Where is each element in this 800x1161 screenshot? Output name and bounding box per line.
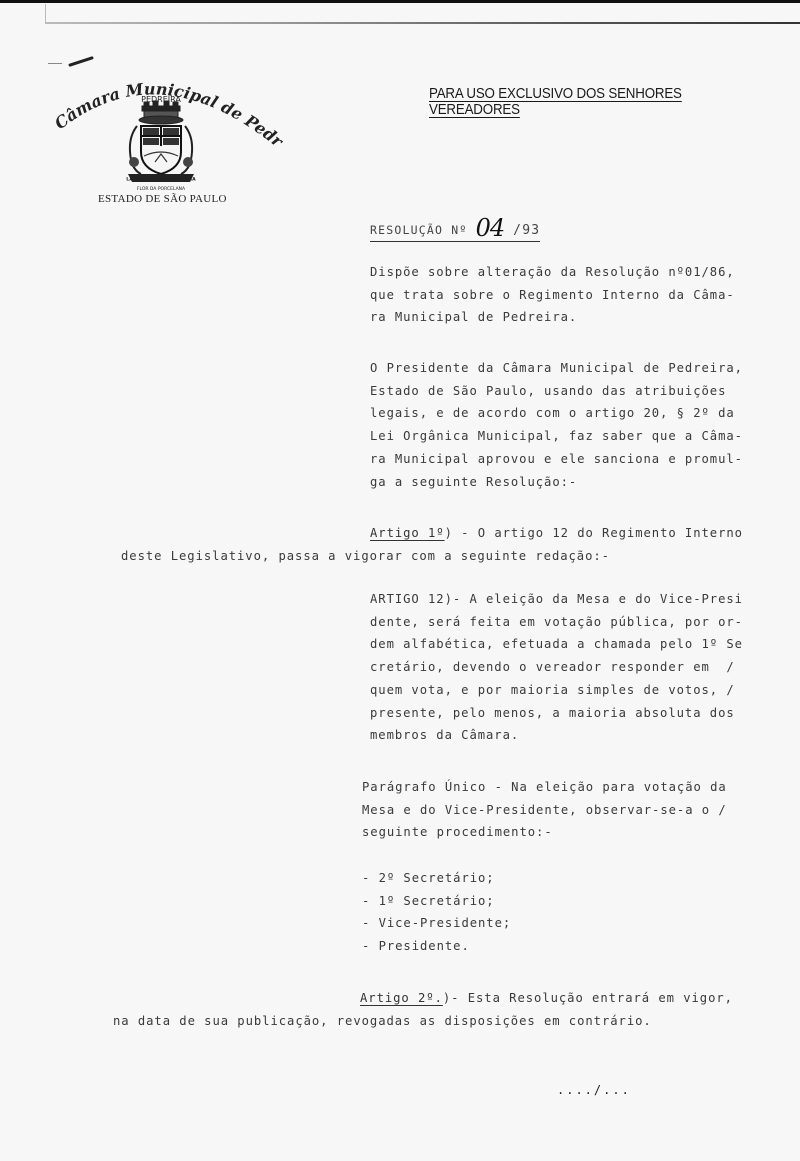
article-2-heading: Artigo 2º.)- Esta Resolução entrará em v…	[360, 987, 733, 1010]
page-continuation-mark: ..../...	[557, 1083, 631, 1097]
title-prefix: RESOLUÇÃO Nº	[370, 223, 476, 237]
article-12-text: ARTIGO 12)- A eleição da Mesa e do Vice-…	[370, 588, 743, 747]
header-rule	[45, 22, 800, 24]
text-line: presente, pelo menos, a maioria absoluta…	[370, 702, 743, 725]
article-1-label: Artigo 1º	[370, 526, 445, 540]
crest-motto: LABOR ET PERSEVERANTIA	[126, 177, 196, 183]
text-line: que trata sobre o Regimento Interno da C…	[370, 284, 735, 307]
text-line: Mesa e do Vice-Presidente, observar-se-a…	[362, 799, 727, 822]
crest-bottom-label: FLOR DA PORCELANA	[137, 186, 186, 192]
article-1-text: ) - O artigo 12 do Regimento Interno	[445, 526, 743, 540]
text-line: ra Municipal de Pedreira.	[370, 306, 735, 329]
article-2-label: Artigo 2º.	[360, 991, 443, 1005]
list-item: - Presidente.	[362, 935, 511, 958]
municipal-crest: Câmara Municipal de Pedreira PEDREIRA	[40, 60, 300, 210]
ementa: Dispõe sobre alteração da Resolução nº01…	[370, 261, 735, 329]
crest-icon: Câmara Municipal de Pedreira PEDREIRA	[40, 60, 300, 210]
exclusive-use-notice: PARA USO EXCLUSIVO DOS SENHORES VEREADOR…	[429, 86, 770, 118]
state-label: ESTADO DE SÃO PAULO	[98, 193, 227, 205]
article-1-continuation: deste Legislativo, passa a vigorar com a…	[121, 545, 610, 568]
paragraph-unico: Parágrafo Único - Na eleição para votaçã…	[362, 776, 727, 844]
article-2-continuation: na data de sua publicação, revogadas as …	[113, 1010, 652, 1033]
list-item: - 1º Secretário;	[362, 890, 511, 913]
article-1-heading: Artigo 1º) - O artigo 12 do Regimento In…	[370, 522, 743, 545]
list-item: - Vice-Presidente;	[362, 912, 511, 935]
text-line: cretário, devendo o vereador responder e…	[370, 656, 743, 679]
resolution-year: /93	[504, 223, 540, 238]
text-line: Parágrafo Único - Na eleição para votaçã…	[362, 776, 727, 799]
list-item: - 2º Secretário;	[362, 867, 511, 890]
preamble: O Presidente da Câmara Municipal de Pedr…	[370, 357, 743, 493]
text-line: legais, e de acordo com o artigo 20, § 2…	[370, 402, 743, 425]
text-line: ga a seguinte Resolução:-	[370, 471, 743, 494]
text-line: O Presidente da Câmara Municipal de Pedr…	[370, 357, 743, 380]
text-line: dem alfabética, efetuada a chamada pelo …	[370, 633, 743, 656]
text-line: quem vota, e por maioria simples de voto…	[370, 679, 743, 702]
text-line: membros da Câmara.	[370, 724, 743, 747]
scan-top-border	[0, 0, 800, 3]
text-line: Dispõe sobre alteração da Resolução nº01…	[370, 261, 735, 284]
article-2-text: )- Esta Resolução entrará em vigor,	[443, 991, 733, 1005]
resolution-title: RESOLUÇÃO Nº 04 /93	[370, 212, 540, 242]
scan-edge-mark	[45, 4, 46, 24]
resolution-number: 04	[476, 214, 505, 242]
text-line: Estado de São Paulo, usando das atribuiç…	[370, 380, 743, 403]
text-line: Lei Orgânica Municipal, faz saber que a …	[370, 425, 743, 448]
text-line: dente, será feita em votação pública, po…	[370, 611, 743, 634]
procedure-list: - 2º Secretário;- 1º Secretário;- Vice-P…	[362, 867, 511, 958]
text-line: seguinte procedimento:-	[362, 821, 727, 844]
text-line: ARTIGO 12)- A eleição da Mesa e do Vice-…	[370, 588, 743, 611]
text-line: ra Municipal aprovou e ele sanciona e pr…	[370, 448, 743, 471]
